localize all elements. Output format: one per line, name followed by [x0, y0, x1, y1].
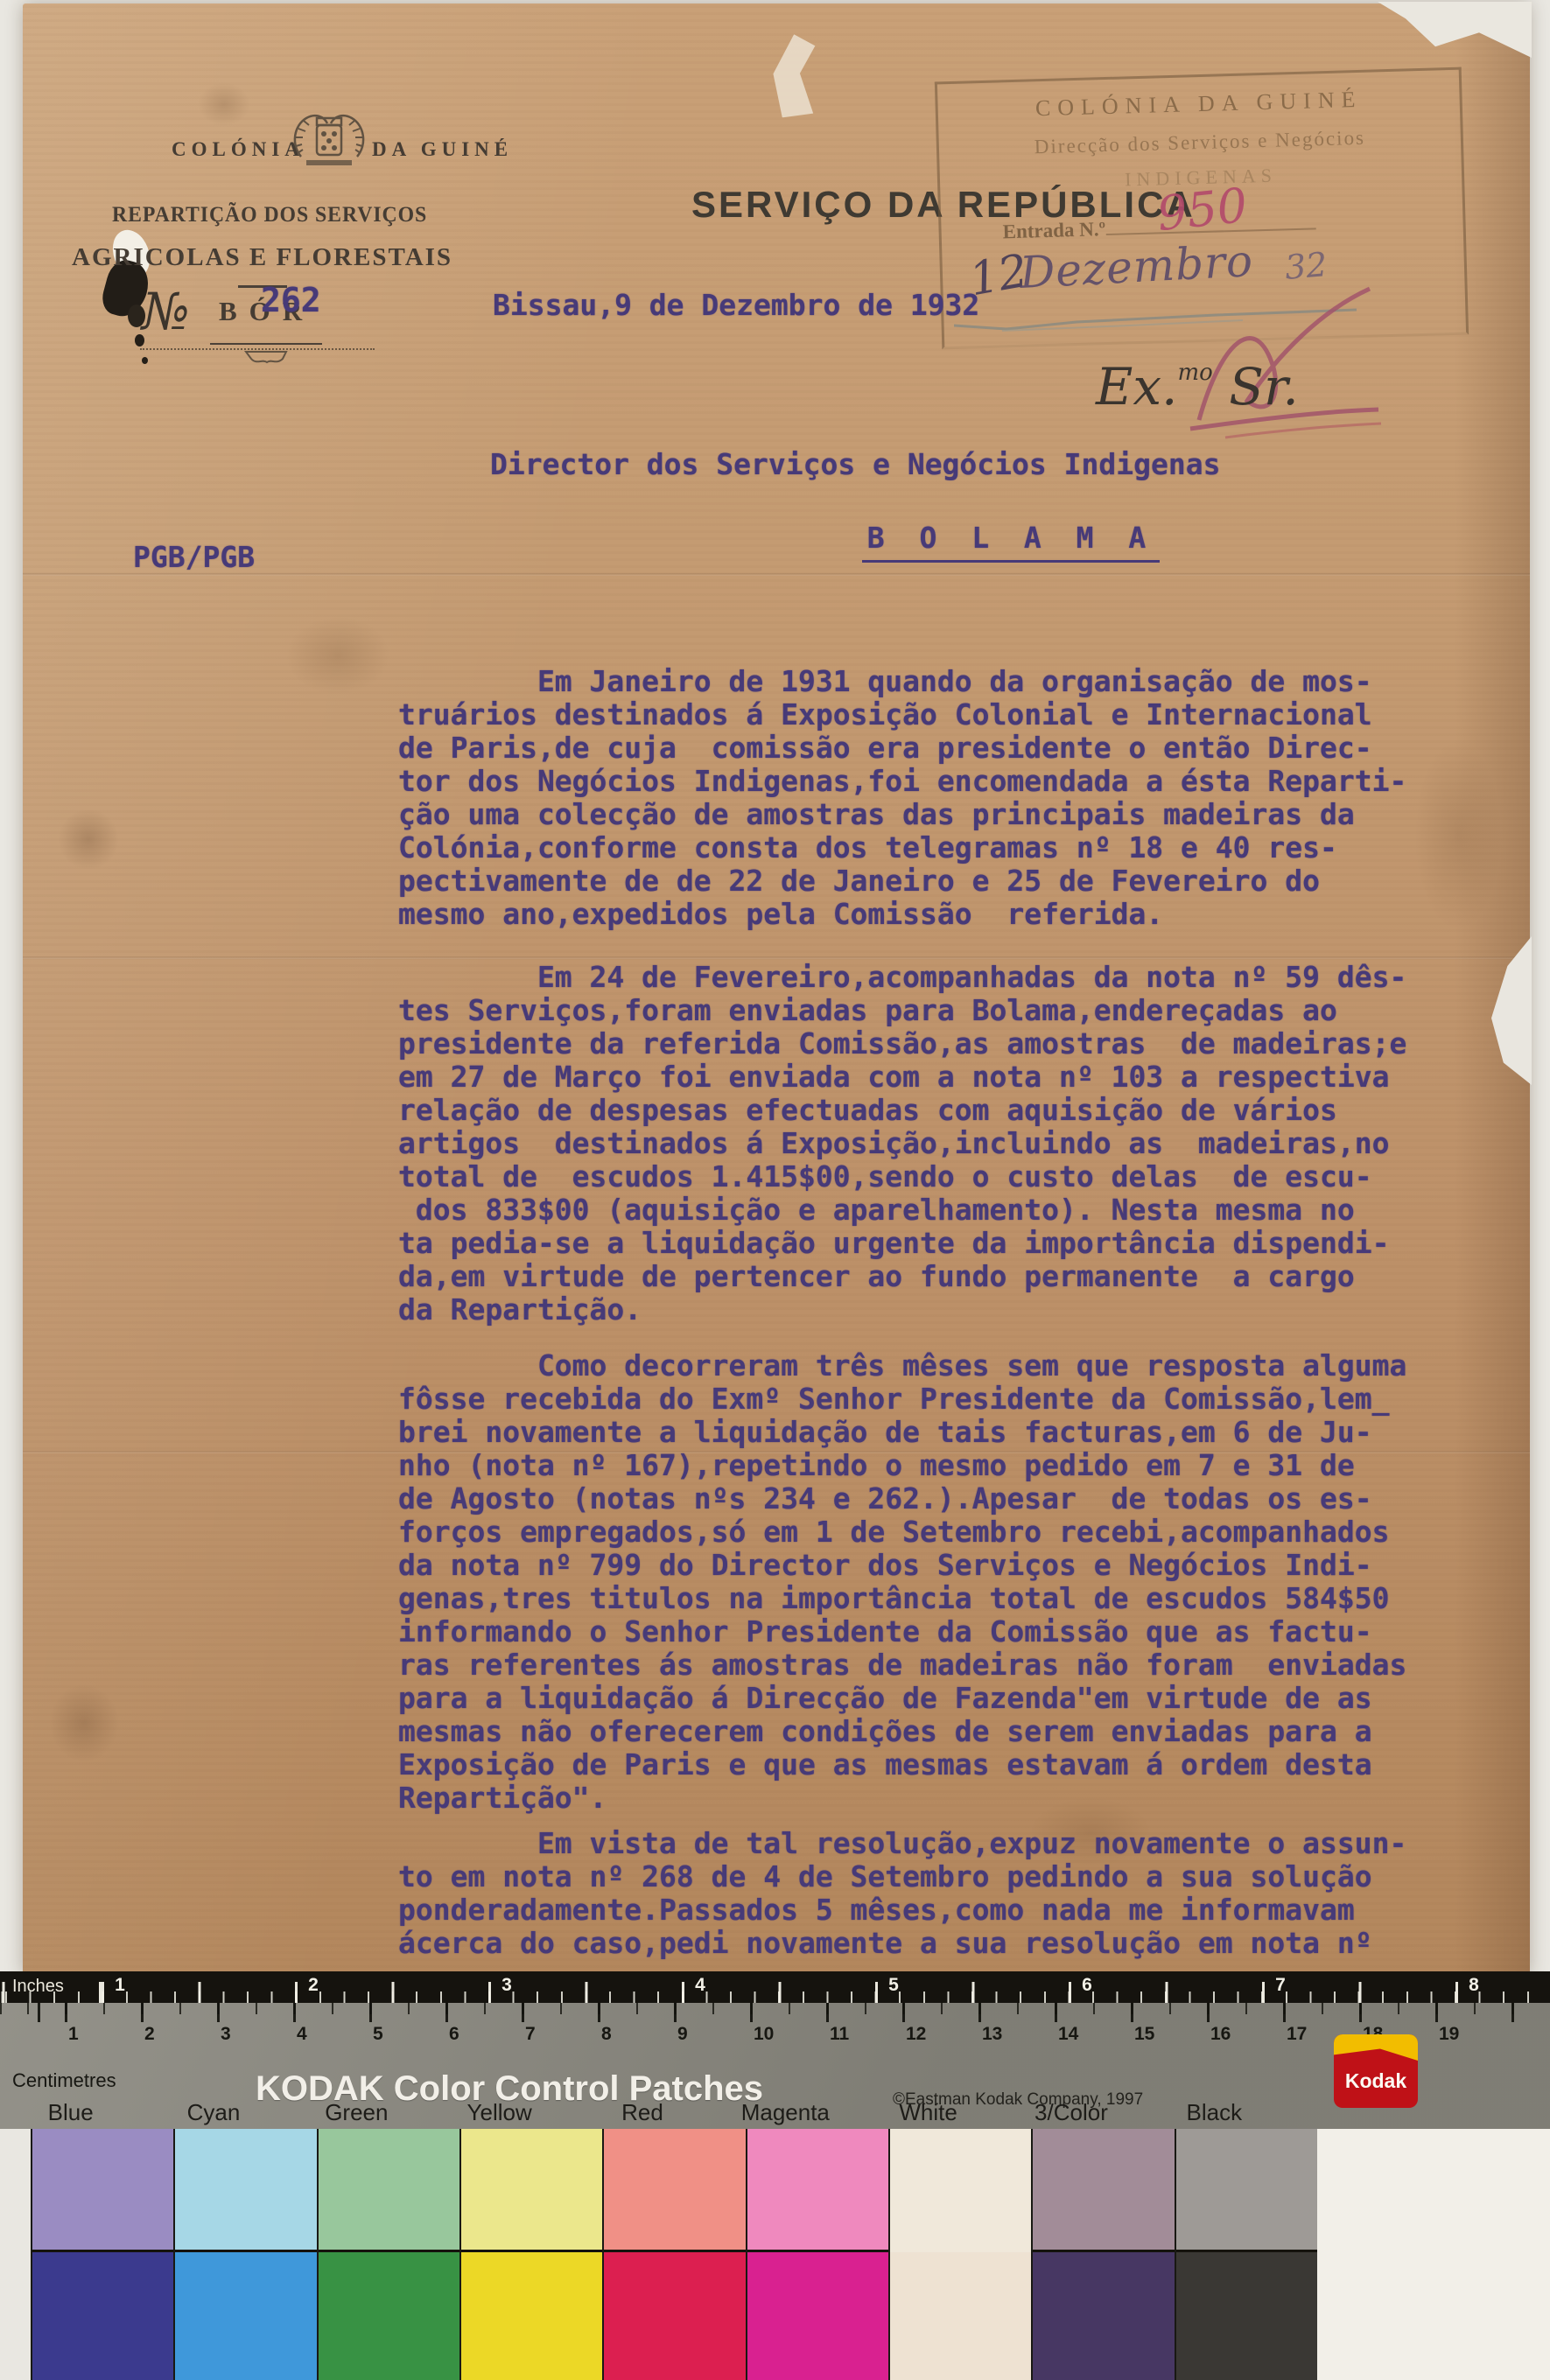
destination: B O L A M A — [862, 521, 1160, 563]
inch-number: 7 — [1275, 1975, 1286, 1996]
stain — [49, 1683, 119, 1762]
cm-number: 5 — [373, 2024, 383, 2045]
cm-number: 2 — [144, 2024, 155, 2045]
inches-ruler: Inches 12345678 — [0, 1971, 1550, 2003]
cm-number: 1 — [68, 2024, 79, 2045]
salutation-pre: Ex. — [1096, 357, 1178, 416]
scanned-letter-page: COLÓNIA DA GUINÉ REPARTIÇÃO DOS SERVIÇOS… — [0, 0, 1550, 2380]
stain — [198, 82, 250, 126]
patch-swatch-bottom — [890, 2252, 1031, 2380]
cm-number: 3 — [221, 2024, 231, 2045]
patch-swatch-bottom — [32, 2252, 173, 2380]
cm-number: 15 — [1134, 2024, 1154, 2045]
inch-number: 1 — [115, 1975, 125, 1996]
inch-ticks-major — [0, 1982, 1550, 2003]
kodak-gray-card: 12345678910111213141516171819 Centimetre… — [0, 2003, 1550, 2129]
letterhead-department-line2: AGRICOLAS E FLORESTAIS — [72, 243, 452, 272]
patch-column-magenta — [746, 2129, 888, 2380]
body-paragraph-2: Em 24 de Fevereiro,acompanhadas da nota … — [398, 961, 1406, 1326]
kodak-color-strip: Inches 12345678 123456789101112131415161… — [0, 1971, 1550, 2380]
patch-label: Cyan — [142, 2099, 284, 2127]
cm-number: 16 — [1210, 2024, 1231, 2045]
cm-number: 14 — [1058, 2024, 1078, 2045]
patch-swatch-top — [890, 2129, 1031, 2252]
inches-label: Inches — [12, 1977, 64, 1997]
patch-swatch-bottom — [461, 2252, 602, 2380]
patch-column-3/color — [1031, 2129, 1174, 2380]
patch-label: White — [857, 2099, 999, 2127]
patch-swatch-top — [1033, 2129, 1174, 2252]
patch-label: Yellow — [428, 2099, 571, 2127]
patch-column-blue — [31, 2129, 173, 2380]
cm-number: 12 — [906, 2024, 926, 2045]
patch-swatch-top — [1176, 2129, 1317, 2252]
kodak-logo-accent — [1334, 2034, 1418, 2061]
number-value: 262 — [261, 283, 321, 317]
cm-number: 19 — [1439, 2024, 1459, 2045]
cm-number: 9 — [677, 2024, 688, 2045]
inch-number: 2 — [308, 1975, 319, 1996]
patch-label: Green — [285, 2099, 428, 2127]
stamp-line1: COLÓNIA DA GUINÉ — [937, 84, 1460, 125]
patch-swatch-bottom — [175, 2252, 316, 2380]
patch-swatch-top — [747, 2129, 888, 2252]
patch-swatch-bottom — [747, 2252, 888, 2380]
letterhead-colonia: COLÓNIA — [172, 138, 305, 161]
inch-number: 8 — [1469, 1975, 1479, 1996]
signature-rubric — [1173, 262, 1383, 446]
reference: PGB/PGB — [133, 541, 255, 574]
cm-number: 8 — [601, 2024, 612, 2045]
addressee: Director dos Serviços e Negócios Indigen… — [490, 448, 1220, 481]
cm-number: 4 — [297, 2024, 307, 2045]
cm-number: 13 — [982, 2024, 1002, 2045]
patch-column-cyan — [173, 2129, 316, 2380]
body-paragraph-1: Em Janeiro de 1931 quando da organisação… — [398, 665, 1406, 931]
letterhead-department-line1: REPARTIÇÃO DOS SERVIÇOS — [112, 203, 427, 227]
patch-swatch-bottom — [319, 2252, 459, 2380]
cm-number: 11 — [830, 2024, 849, 2045]
patch-swatch-top — [461, 2129, 602, 2252]
patch-label: Black — [1143, 2099, 1286, 2127]
fold-line — [23, 956, 1530, 959]
cm-number: 10 — [754, 2024, 774, 2045]
letterhead-ornament — [243, 350, 289, 367]
patch-swatch-top — [32, 2129, 173, 2252]
salutation: Ex.mo Sr. — [1096, 357, 1299, 416]
patch-column-black — [1175, 2129, 1317, 2380]
stain — [1414, 738, 1502, 931]
stain — [285, 616, 390, 695]
inch-number: 5 — [888, 1975, 899, 1996]
salutation-sup: mo — [1178, 360, 1213, 386]
handwritten-entry-number: 950 — [1154, 178, 1250, 241]
kodak-logo: Kodak — [1334, 2034, 1418, 2108]
stamp-line2: Direcção dos Serviços e Negócios — [939, 124, 1461, 162]
cm-number: 6 — [449, 2024, 459, 2045]
cm-number: 17 — [1287, 2024, 1307, 2045]
letterhead-da-guine: DA GUINÉ — [372, 138, 513, 161]
scratch-mark — [753, 30, 839, 123]
stain — [58, 808, 119, 870]
number-rule — [140, 324, 375, 350]
inch-number: 3 — [501, 1975, 512, 1996]
patch-swatch-bottom — [1033, 2252, 1174, 2380]
patch-column-white — [888, 2129, 1031, 2380]
dateline: Bissau,9 de Dezembro de 1932 — [493, 289, 979, 322]
body-paragraph-4: Em vista de tal resolução,expuz novament… — [398, 1827, 1406, 1960]
patch-label: 3/Color — [999, 2099, 1142, 2127]
patch-label: Blue — [0, 2099, 142, 2127]
letter-paper: COLÓNIA DA GUINÉ REPARTIÇÃO DOS SERVIÇOS… — [23, 3, 1530, 1975]
salutation-post: Sr. — [1229, 357, 1299, 416]
centimetres-label: Centimetres — [12, 2069, 116, 2092]
patch-swatch-bottom — [604, 2252, 745, 2380]
cm-number: 7 — [525, 2024, 536, 2045]
patch-swatch-top — [319, 2129, 459, 2252]
kodak-logo-text: Kodak — [1334, 2069, 1418, 2093]
patch-swatch-top — [175, 2129, 316, 2252]
patch-swatch-bottom — [1176, 2252, 1317, 2380]
patch-label: Magenta — [714, 2099, 857, 2127]
body-paragraph-3: Como decorreram três mêses sem que respo… — [398, 1349, 1406, 1815]
inch-number: 4 — [695, 1975, 705, 1996]
tear-mark — [1357, 2, 1532, 58]
scan-background — [1317, 2129, 1550, 2380]
patch-column-green — [317, 2129, 459, 2380]
patch-column-red — [602, 2129, 745, 2380]
cm-ticks-major — [0, 2003, 1550, 2022]
patch-label: Red — [571, 2099, 713, 2127]
patch-column-yellow — [459, 2129, 602, 2380]
patch-swatch-top — [604, 2129, 745, 2252]
inch-number: 6 — [1082, 1975, 1092, 1996]
coat-of-arms-icon — [289, 109, 369, 186]
